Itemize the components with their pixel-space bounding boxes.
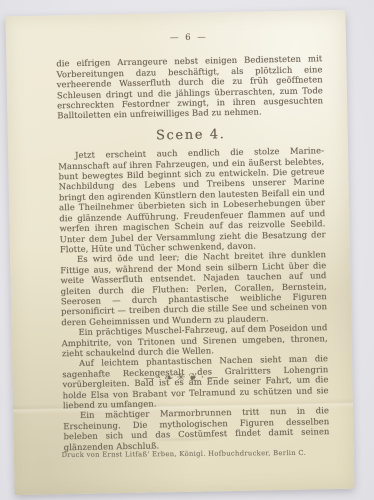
body-paragraph: Jetzt erscheint auch endlich die stolze … (58, 145, 326, 254)
printed-text-column: — 6 — die eifrigen Arrangeure nebst eini… (56, 30, 330, 452)
body-paragraph: Ein mächtiger Marmorbrunnen tritt nun in… (63, 406, 330, 453)
intro-paragraph: die eifrigen Arrangeure nebst einigen Be… (56, 54, 323, 122)
printer-imprint: Druck von Ernst Litfaß' Erben, Königl. H… (14, 448, 354, 459)
page-number: — 6 — (56, 30, 322, 46)
scene-heading: Scene 4. (58, 128, 324, 144)
body-paragraph: Es wird öde und leer; die Nacht breitet … (60, 250, 327, 328)
body-paragraph: Ein prächtiges Muschel-Fahrzeug, auf dem… (61, 322, 328, 358)
paper-sheet: — 6 — die eifrigen Arrangeure nebst eini… (5, 10, 354, 495)
photo-background: — 6 — die eifrigen Arrangeure nebst eini… (0, 0, 374, 500)
